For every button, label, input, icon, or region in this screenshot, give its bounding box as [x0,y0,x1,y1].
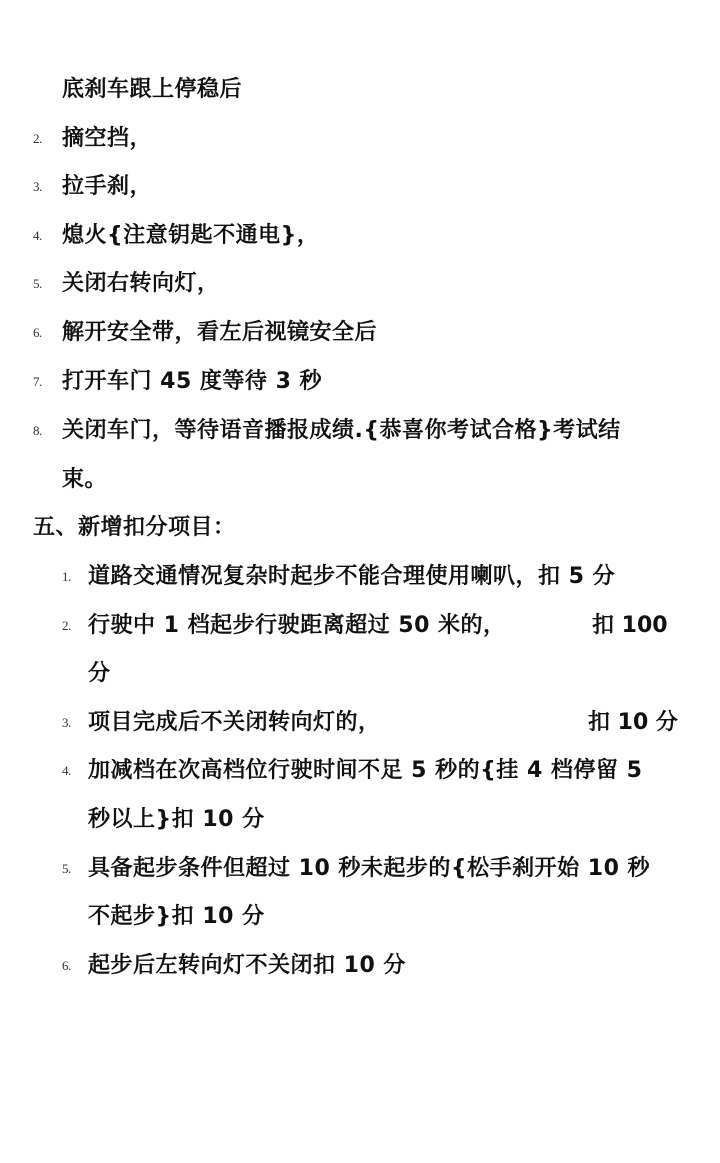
list-text: 关闭车门，等待语音播报成绩.{恭喜你考试合格}考试结 [62,407,621,455]
section-heading-text: 五、新增扣分项目： [33,504,236,552]
list-text: 束。 [62,456,107,504]
list-number: 5. [33,260,42,308]
list-text: 加减档在次高档位行驶时间不足 5 秒的{挂 4 档停留 5 [88,747,642,795]
list-number: 5. [62,845,71,893]
list-number: 2. [33,115,42,163]
list-number: 2. [62,602,71,650]
list-text: 摘空挡， [62,115,152,163]
list-text: 分 [88,650,111,698]
list-text: 秒以上}扣 10 分 [88,796,265,844]
list-number: 3. [62,699,71,747]
list-number: 8. [33,407,42,455]
list-number: 6. [33,309,42,357]
list-number: 4. [33,212,42,260]
list-text: 项目完成后不关闭转向灯的， [88,699,381,747]
list-text: 起步后左转向灯不关闭扣 10 分 [88,942,406,990]
list-text: 不起步}扣 10 分 [88,893,265,941]
list-number: 7. [33,358,42,406]
list-number: 4. [62,747,71,795]
list-text: 具备起步条件但超过 10 秒未起步的{松手刹开始 10 秒 [88,845,650,893]
deduction-points: 扣 10 分 [588,699,678,747]
list-number: 1. [62,553,71,601]
list-text: 解开安全带，看左后视镜安全后 [62,309,377,357]
list-text: 关闭右转向灯， [62,260,220,308]
list-text: 打开车门 45 度等待 3 秒 [62,358,322,406]
list-text: 道路交通情况复杂时起步不能合理使用喇叭，扣 5 分 [88,553,615,601]
list-text: 拉手刹， [62,163,152,211]
list-number: 3. [33,163,42,211]
list-text: 行驶中 1 档起步行驶距离超过 50 米的， [88,602,506,650]
list-text: 熄火{注意钥匙不通电}， [62,212,319,260]
list-number: 6. [62,942,71,990]
continuation-text: 底刹车跟上停稳后 [62,66,242,114]
deduction-points: 扣 100 [592,602,668,650]
